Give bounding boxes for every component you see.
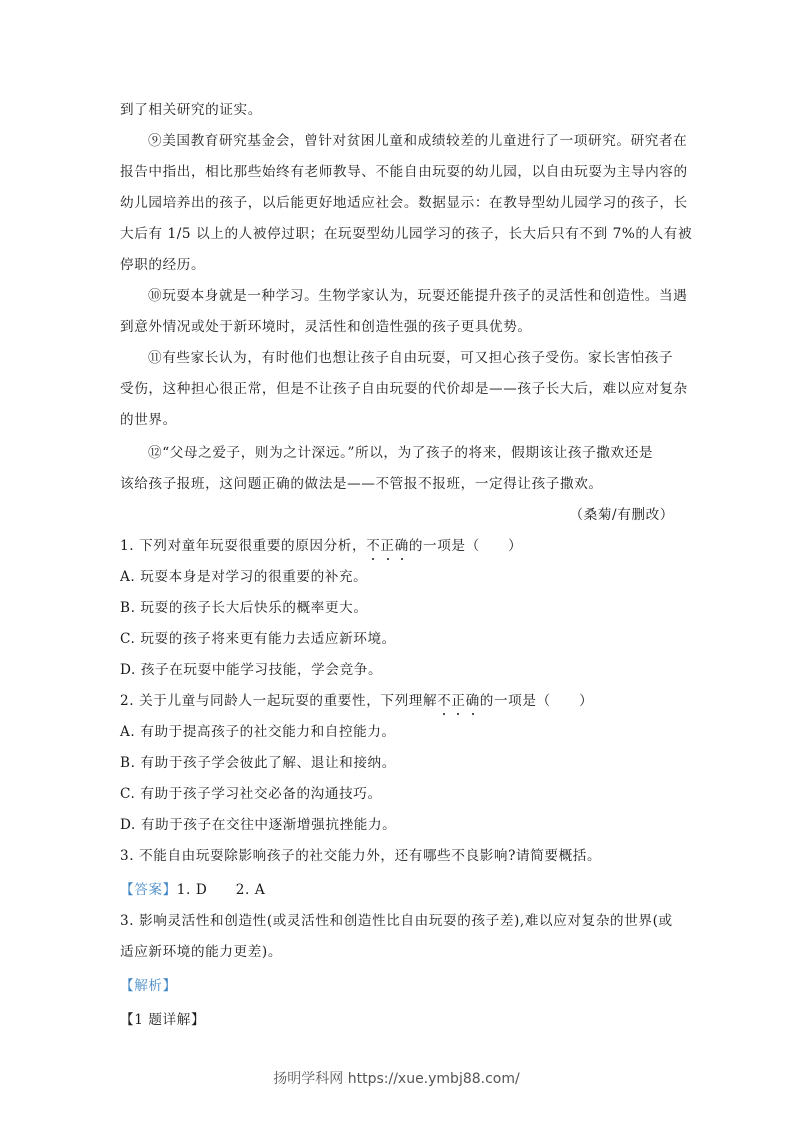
- question-1-suffix: 的一项是（ ）: [409, 538, 523, 554]
- question-2-option-c: C. 有助于孩子学习社交必备的沟通技巧。: [120, 784, 382, 804]
- emphasis-char: 不: [437, 691, 451, 711]
- emphasis-char: 确: [395, 536, 409, 556]
- question-1-option-a: A. 玩耍本身是对学习的很重要的补充。: [120, 567, 367, 587]
- question-1-stem: 1. 下列对童年玩耍很重要的原因分析，不正确的一项是（ ）: [120, 536, 522, 556]
- paragraph-10-line: ⑩玩耍本身就是一种学习。生物学家认为，玩耍还能提升孩子的灵活性和创造性。当遇: [148, 286, 687, 306]
- question-2-suffix: 的一项是（ ）: [480, 693, 594, 709]
- analysis-sub-label: 【1 题详解】: [120, 1010, 205, 1030]
- question-2-option-a: A. 有助于提高孩子的社交能力和自控能力。: [120, 722, 396, 742]
- question-2-stem: 2. 关于儿童与同龄人一起玩耍的重要性，下列理解不正确的一项是（ ）: [120, 691, 593, 711]
- answer-line: 【答案】1. D 2. A: [120, 880, 265, 900]
- analysis-label: 【解析】: [120, 976, 177, 996]
- answer-short: 1. D 2. A: [177, 882, 266, 898]
- question-1-prefix: 1. 下列对童年玩耍很重要的原因分析，: [120, 538, 366, 554]
- paragraph-9-line: 报告中指出，相比那些始终有老师教导、不能自由玩耍的幼儿园，以自由玩耍为主导内容的: [120, 162, 688, 182]
- article-line: 到了相关研究的证实。: [120, 100, 262, 120]
- answer-q3-line: 3. 影响灵活性和创造性(或灵活性和创造性比自由玩耍的孩子差),难以应对复杂的世…: [120, 911, 673, 931]
- document-page: 到了相关研究的证实。 ⑨美国教育研究基金会，曾针对贫困儿童和成绩较差的儿童进行了…: [0, 0, 793, 1122]
- footer-watermark: 扬明学科网 https://xue.ymbj88.com/: [0, 1068, 793, 1088]
- paragraph-11-line: 受伤，这种担心很正常，但是不让孩子自由玩耍的代价却是——孩子长大后，难以应对复杂: [120, 379, 688, 399]
- question-2-prefix: 2. 关于儿童与同龄人一起玩耍的重要性，下列理解: [120, 693, 437, 709]
- article-source: （桑菊/有删改）: [569, 505, 674, 525]
- paragraph-12-line: 该给孩子报班，这问题正确的做法是——不管报不报班，一定得让孩子撒欢。: [120, 474, 603, 494]
- paragraph-12-line: ⑫“父母之爱子，则为之计深远。”所以，为了孩子的将来，假期该让孩子撒欢还是: [148, 443, 653, 463]
- question-2-option-d: D. 有助于孩子在交往中逐渐增强抗挫能力。: [120, 815, 396, 835]
- paragraph-11-line: 的世界。: [120, 410, 177, 430]
- paragraph-11-line: ⑪有些家长认为，有时他们也想让孩子自由玩耍，可又担心孩子受伤。家长害怕孩子: [148, 348, 673, 368]
- question-1-option-b: B. 玩耍的孩子长大后快乐的概率更大。: [120, 598, 368, 618]
- emphasis-char: 不: [366, 536, 380, 556]
- answer-label: 【答案】: [120, 882, 177, 898]
- paragraph-9-line: 幼儿园培养出的孩子，以后能更好地适应社会。数据显示：在教导型幼儿园学习的孩子，长: [120, 193, 688, 213]
- paragraph-10-line: 到意外情况或处于新环境时，灵活性和创造性强的孩子更具优势。: [120, 317, 532, 337]
- question-1-option-c: C. 玩耍的孩子将来更有能力去适应新环境。: [120, 629, 396, 649]
- paragraph-9-line: 停职的经历。: [120, 255, 205, 275]
- answer-q3-line: 适应新环境的能力更差)。: [120, 942, 282, 962]
- emphasis-char: 正: [451, 691, 465, 711]
- emphasis-char: 正: [380, 536, 394, 556]
- paragraph-9-line: 大后有 1/5 以上的人被停过职；在玩耍型幼儿园学习的孩子，长大后只有不到 7%…: [120, 224, 692, 244]
- paragraph-9-line: ⑨美国教育研究基金会，曾针对贫困儿童和成绩较差的儿童进行了一项研究。研究者在: [148, 131, 687, 151]
- emphasis-char: 确: [466, 691, 480, 711]
- question-3-stem: 3. 不能自由玩耍除影响孩子的社交能力外，还有哪些不良影响?请简要概括。: [120, 846, 601, 866]
- question-2-option-b: B. 有助于孩子学会彼此了解、退让和接纳。: [120, 753, 396, 773]
- question-1-option-d: D. 孩子在玩耍中能学习技能，学会竞争。: [120, 660, 382, 680]
